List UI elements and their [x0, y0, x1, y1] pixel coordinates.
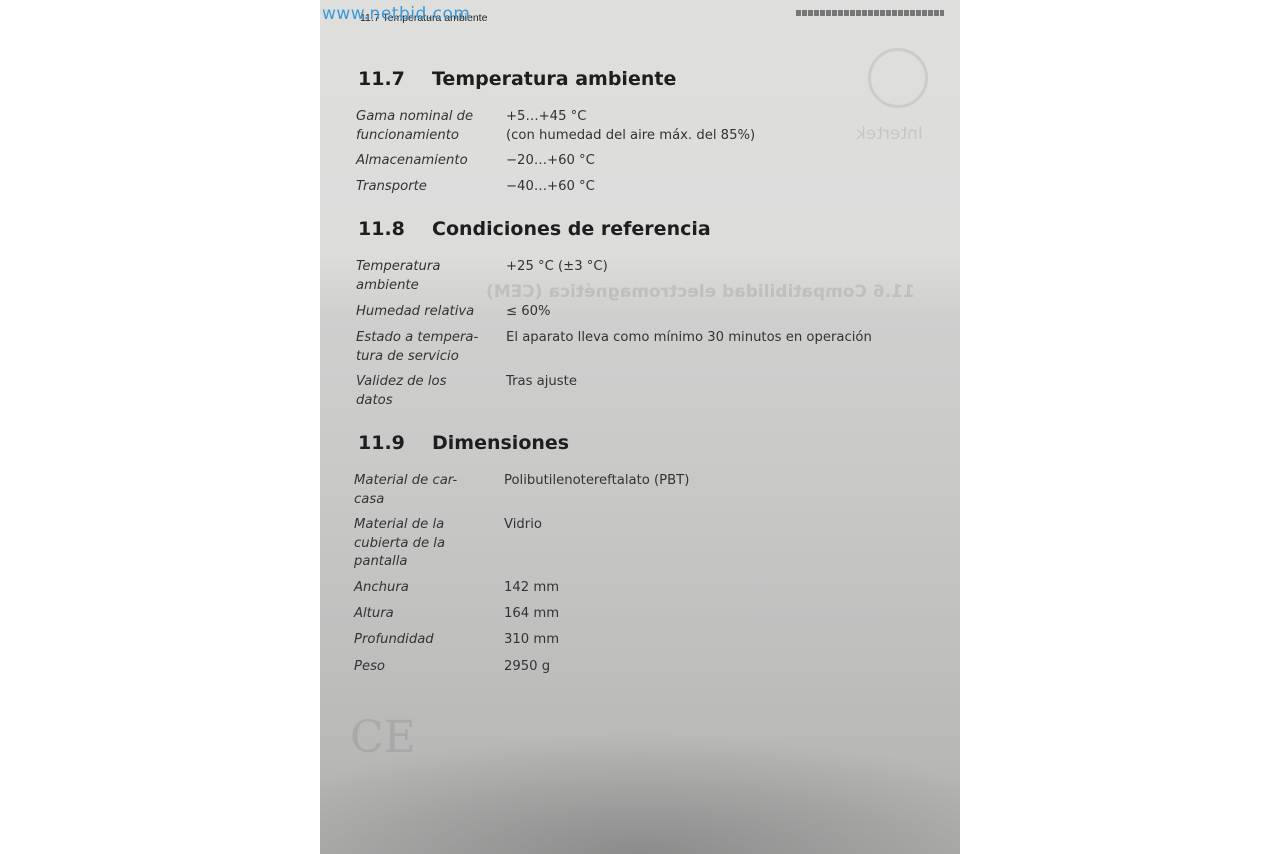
- manual-page: www.netbid.com 11.7 Temperatura ambiente…: [320, 0, 960, 854]
- ghost-heading: 11.6 Compatibilidad electromagnética (CE…: [486, 282, 915, 302]
- section-title-11-9: 11.9Dimensiones: [358, 432, 569, 454]
- section-title-11-8: 11.8Condiciones de referencia: [358, 218, 711, 240]
- section-title-11-7: 11.7Temperatura ambiente: [358, 68, 676, 90]
- header-bar: [796, 10, 944, 16]
- ce-mark-icon: CE: [350, 712, 416, 763]
- watermark: www.netbid.com: [322, 4, 470, 24]
- certification-logo-icon: [868, 48, 928, 108]
